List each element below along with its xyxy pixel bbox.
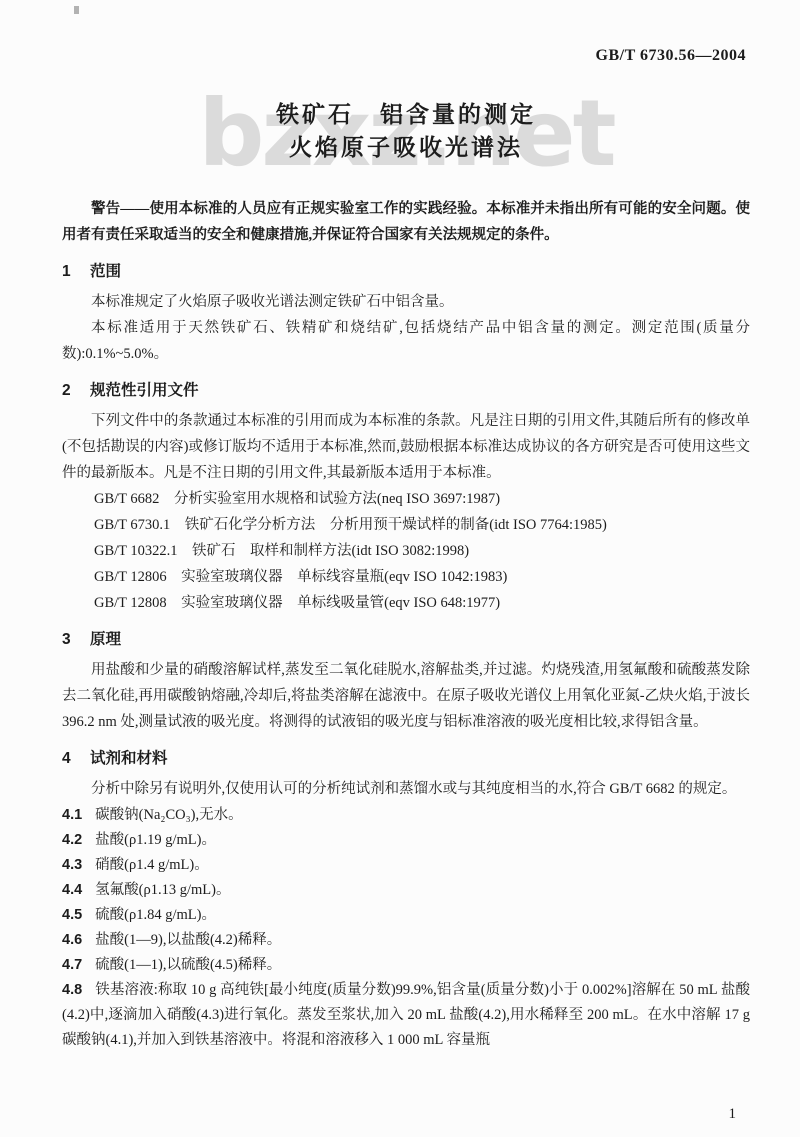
section-heading-reagents: 4试剂和材料: [62, 747, 750, 771]
reagent-item-text: 硫酸(ρ1.84 g/mL)。: [95, 907, 216, 923]
section-heading-scope: 1范围: [62, 260, 750, 284]
reference-item: GB/T 10322.1 铁矿石 取样和制样方法(idt ISO 3082:19…: [94, 538, 750, 564]
section-title: 试剂和材料: [90, 750, 168, 767]
section-title: 原理: [90, 631, 121, 648]
section-heading-normative-references: 2规范性引用文件: [62, 379, 750, 403]
reagent-item-text: 氢氟酸(ρ1.13 g/mL)。: [95, 882, 230, 898]
reagent-item-text: 铁基溶液:称取 10 g 高纯铁[最小纯度(质量分数)99.9%,铝含量(质量分…: [62, 982, 750, 1048]
reagent-item-4-4: 4.4氢氟酸(ρ1.13 g/mL)。: [62, 878, 750, 903]
warning-paragraph: 警告——使用本标准的人员应有正规实验室工作的实践经验。本标准并未指出所有可能的安…: [62, 196, 750, 248]
reagent-item-text: 盐酸(ρ1.19 g/mL)。: [95, 832, 216, 848]
reference-item: GB/T 12806 实验室玻璃仪器 单标线容量瓶(eqv ISO 1042:1…: [94, 564, 750, 590]
document-title-line1: 铁矿石 铝含量的测定: [62, 98, 750, 131]
reagent-item-text: 碳酸钠(Na₂CO₃),无水。: [95, 807, 242, 823]
reagent-item-number: 4.1: [62, 807, 82, 823]
reagent-item-4-1: 4.1碳酸钠(Na₂CO₃),无水。: [62, 803, 750, 828]
section-number: 4: [62, 747, 76, 771]
scope-paragraph-1: 本标准规定了火焰原子吸收光谱法测定铁矿石中铝含量。: [62, 289, 750, 315]
normative-references-paragraph: 下列文件中的条款通过本标准的引用而成为本标准的条款。凡是注日期的引用文件,其随后…: [62, 408, 750, 486]
reference-list: GB/T 6682 分析实验室用水规格和试验方法(neq ISO 3697:19…: [62, 486, 750, 616]
page-number: 1: [729, 1105, 737, 1123]
reagent-item-number: 4.6: [62, 932, 82, 948]
section-number: 1: [62, 260, 76, 284]
reagent-item-text: 硫酸(1—1),以硫酸(4.5)稀释。: [95, 957, 281, 973]
reference-item: GB/T 6682 分析实验室用水规格和试验方法(neq ISO 3697:19…: [94, 486, 750, 512]
reagent-item-4-8: 4.8铁基溶液:称取 10 g 高纯铁[最小纯度(质量分数)99.9%,铝含量(…: [62, 978, 750, 1053]
reagent-item-4-5: 4.5硫酸(ρ1.84 g/mL)。: [62, 903, 750, 928]
document-page: GB/T 6730.56—2004 bzxz.net 铁矿石 铝含量的测定 火焰…: [0, 0, 800, 1137]
reference-item: GB/T 6730.1 铁矿石化学分析方法 分析用预干燥试样的制备(idt IS…: [94, 512, 750, 538]
reagent-item-text: 硝酸(ρ1.4 g/mL)。: [95, 857, 209, 873]
reagent-item-number: 4.4: [62, 882, 82, 898]
scope-paragraph-2: 本标准适用于天然铁矿石、铁精矿和烧结矿,包括烧结产品中铝含量的测定。测定范围(质…: [62, 315, 750, 367]
reagent-item-number: 4.7: [62, 957, 82, 973]
reagents-intro-paragraph: 分析中除另有说明外,仅使用认可的分析纯试剂和蒸馏水或与其纯度相当的水,符合 GB…: [62, 776, 750, 802]
section-title: 规范性引用文件: [90, 382, 199, 399]
reagent-list: 4.1碳酸钠(Na₂CO₃),无水。 4.2盐酸(ρ1.19 g/mL)。 4.…: [62, 803, 750, 1053]
reagent-item-number: 4.2: [62, 832, 82, 848]
reagent-item-4-2: 4.2盐酸(ρ1.19 g/mL)。: [62, 828, 750, 853]
reagent-item-number: 4.8: [62, 982, 82, 998]
reagent-item-4-7: 4.7硫酸(1—1),以硫酸(4.5)稀释。: [62, 953, 750, 978]
section-number: 3: [62, 628, 76, 652]
reagent-item-number: 4.5: [62, 907, 82, 923]
section-title: 范围: [90, 263, 121, 280]
title-block: bzxz.net 铁矿石 铝含量的测定 火焰原子吸收光谱法: [62, 98, 750, 164]
scan-artifact: [74, 6, 79, 14]
standard-number: GB/T 6730.56—2004: [62, 46, 750, 66]
reference-item: GB/T 12808 实验室玻璃仪器 单标线吸量管(eqv ISO 648:19…: [94, 590, 750, 616]
principle-paragraph: 用盐酸和少量的硝酸溶解试样,蒸发至二氧化硅脱水,溶解盐类,并过滤。灼烧残渣,用氢…: [62, 657, 750, 735]
document-title-line2: 火焰原子吸收光谱法: [62, 131, 750, 164]
reagent-item-4-6: 4.6盐酸(1—9),以盐酸(4.2)稀释。: [62, 928, 750, 953]
section-number: 2: [62, 379, 76, 403]
reagent-item-number: 4.3: [62, 857, 82, 873]
reagent-item-4-3: 4.3硝酸(ρ1.4 g/mL)。: [62, 853, 750, 878]
reagent-item-text: 盐酸(1—9),以盐酸(4.2)稀释。: [95, 932, 281, 948]
section-heading-principle: 3原理: [62, 628, 750, 652]
